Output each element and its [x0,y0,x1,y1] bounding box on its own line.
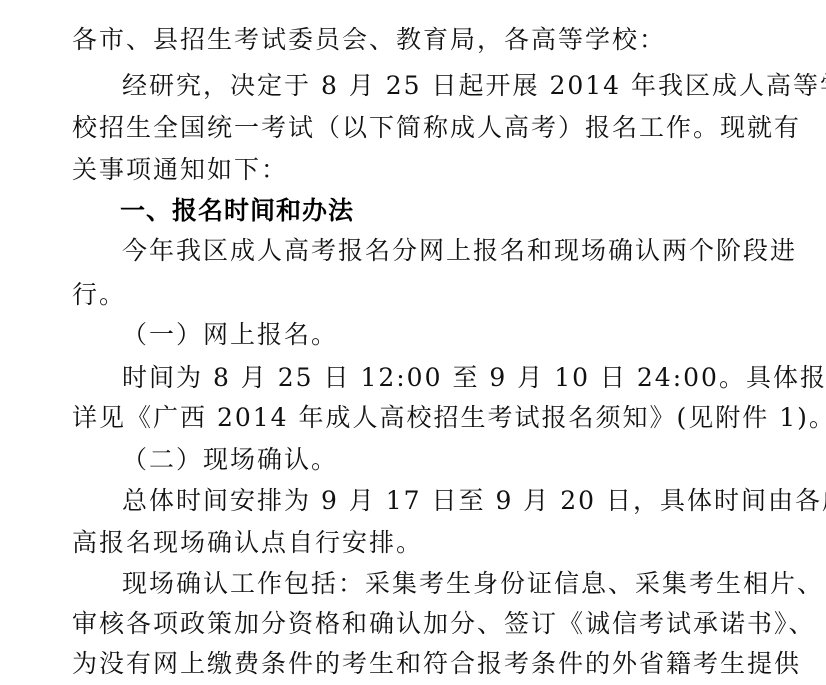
body-line: 详见《广西 2014 年成人高校招生考试报名须知》(见附件 1)。 [72,403,826,433]
body-line: 时间为 8 月 25 日 12:00 至 9 月 10 日 24:00。具体报名… [122,363,826,393]
body-line: 总体时间安排为 9 月 17 日至 9 月 20 日，具体时间由各成 [122,486,826,516]
section-heading: 一、报名时间和办法 [120,196,354,226]
body-line: 为没有网上缴费条件的考生和符合报考条件的外省籍考生提供 [72,649,801,679]
intro-paragraph-line-2: 校招生全国统一考试（以下简称成人高考）报名工作。现就有 [72,113,801,143]
faint-watermark [560,604,800,640]
document-page: 各市、县招生考试委员会、教育局，各高等学校： 经研究，决定于 8 月 25 日起… [0,0,826,685]
body-line: 今年我区成人高考报名分网上报名和现场确认两个阶段进 [122,236,797,266]
subheading-onsite-confirmation: （二）现场确认。 [122,445,338,475]
subheading-online-registration: （一）网上报名。 [122,320,338,350]
body-line: 现场确认工作包括：采集考生身份证信息、采集考生相片、 [122,569,824,599]
intro-paragraph-line-3: 关事项通知如下： [72,155,288,185]
body-line: 高报名现场确认点自行安排。 [72,528,423,558]
intro-paragraph-line-1: 经研究，决定于 8 月 25 日起开展 2014 年我区成人高等学 [122,71,826,101]
salutation-line: 各市、县招生考试委员会、教育局，各高等学校： [72,25,666,55]
body-line: 行。 [72,280,126,310]
